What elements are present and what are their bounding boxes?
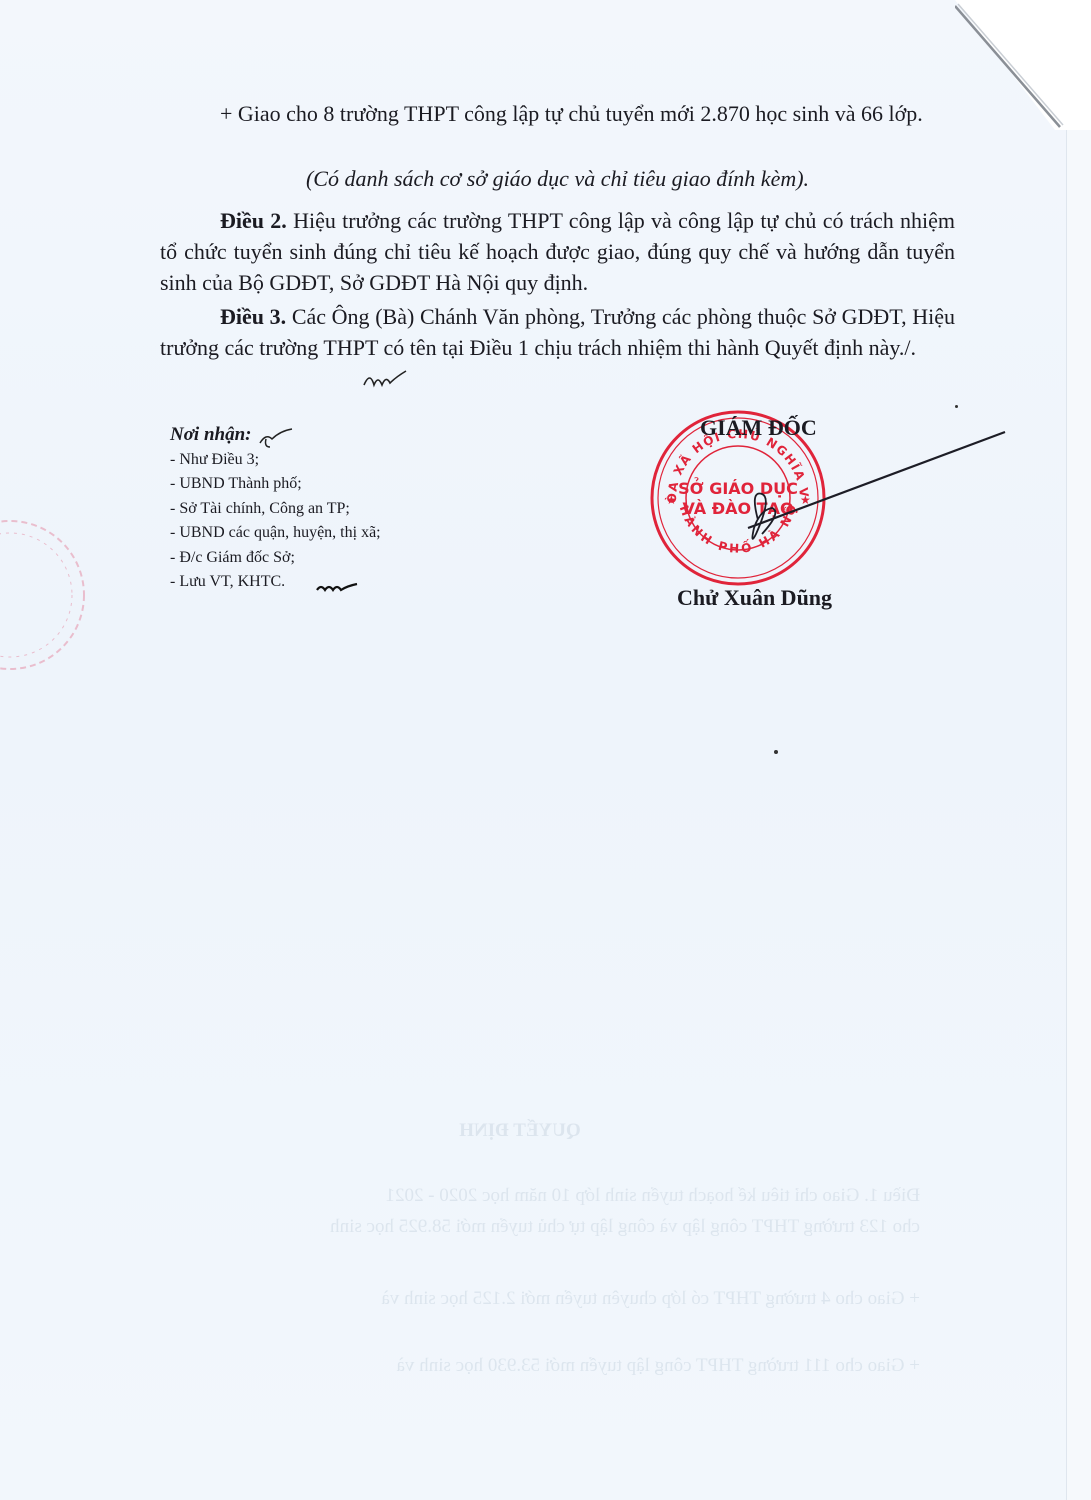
recipient-item: - Như Điều 3;: [170, 448, 381, 473]
bleed-through-text: Điều 1. Giao chỉ tiêu kế hoạch tuyển sin…: [120, 1185, 920, 1207]
svg-text:★: ★: [666, 493, 677, 507]
bleed-through-text: + Giao cho 111 trường THPT công lập tuyể…: [120, 1355, 920, 1377]
recipients-initial-icon: [258, 425, 294, 449]
bleed-through-text: + Giao cho 4 trường THPT có lớp chuyên t…: [120, 1288, 920, 1310]
initials-scribble-icon: [360, 365, 430, 395]
speck: [774, 750, 778, 754]
bleed-through-text: QUYẾT ĐỊNH: [120, 1120, 920, 1142]
article-3-label: Điều 3.: [220, 304, 286, 329]
attachment-note: (Có danh sách cơ sở giáo dục và chỉ tiêu…: [160, 166, 955, 192]
archive-initial-icon: [315, 580, 360, 596]
article-3: Điều 3. Các Ông (Bà) Chánh Văn phòng, Tr…: [160, 301, 955, 363]
speck: [955, 405, 958, 408]
bleed-through-text: cho 123 trường THPT công lập và công lập…: [120, 1216, 920, 1238]
article-2-label: Điều 2.: [220, 208, 287, 233]
recipient-item: - Đ/c Giám đốc Sở;: [170, 546, 381, 571]
recipient-item: - UBND Thành phố;: [170, 472, 381, 497]
partial-seal-mark-icon: [0, 515, 90, 675]
signatory-position: GIÁM ĐỐC: [700, 415, 817, 441]
recipient-item: - UBND các quận, huyện, thị xã;: [170, 521, 381, 546]
article-2: Điều 2. Hiệu trưởng các trường THPT công…: [160, 205, 955, 298]
signatory-name: Chử Xuân Dũng: [677, 585, 832, 611]
paragraph-giao-tu-chu: + Giao cho 8 trường THPT công lập tự chủ…: [160, 98, 955, 129]
document-page: QUYẾT ĐỊNH Điều 1. Giao chỉ tiêu kế hoạc…: [0, 0, 1067, 1500]
svg-text:VÀ ĐÀO TẠO: VÀ ĐÀO TẠO: [682, 499, 793, 518]
svg-text:★: ★: [800, 493, 811, 507]
svg-text:SỞ GIÁO DỤC: SỞ GIÁO DỤC: [678, 477, 798, 498]
recipient-item: - Sở Tài chính, Công an TP;: [170, 497, 381, 522]
